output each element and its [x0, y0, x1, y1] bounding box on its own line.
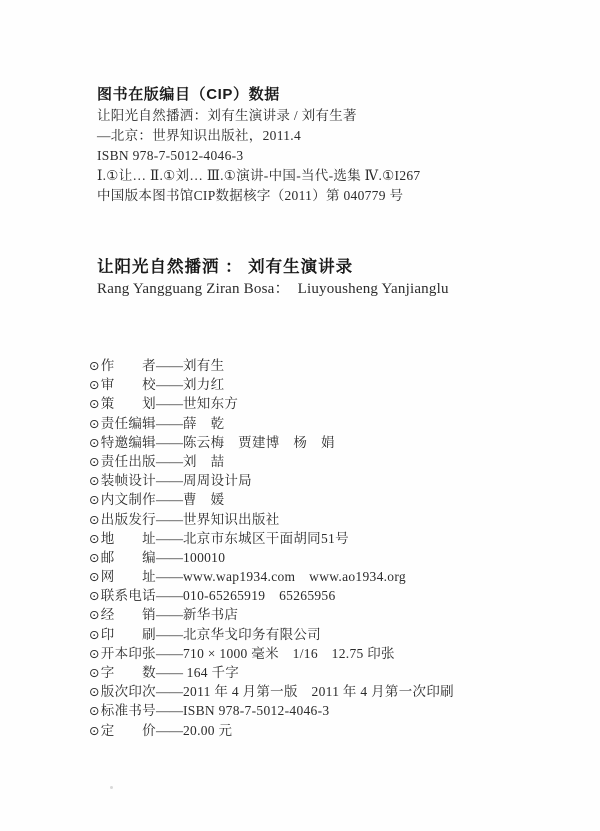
- book-title: 让阳光自然播洒 ： 刘有生演讲录: [97, 256, 557, 279]
- colophon-label: 作 者: [101, 358, 156, 373]
- colophon-row: ⊙字 数—— 164 千字: [89, 663, 569, 682]
- circled-dot-icon: ⊙: [89, 358, 100, 373]
- colophon-separator: ——: [156, 723, 183, 738]
- colophon-value: ISBN 978-7-5012-4046-3: [183, 703, 329, 718]
- cip-line: 中国版本图书馆CIP数据核字（2011）第 040779 号: [97, 186, 537, 206]
- colophon-separator: ——: [156, 569, 183, 584]
- colophon-value: 北京市东城区干面胡同51号: [183, 531, 349, 546]
- colophon-label: 审 校: [101, 377, 156, 392]
- colophon-value: www.wap1934.com www.ao1934.org: [183, 569, 406, 584]
- cip-line: 让阳光自然播洒：刘有生演讲录 / 刘有生著: [97, 106, 537, 126]
- colophon-value: 北京华戈印务有限公司: [183, 627, 321, 642]
- colophon-row: ⊙装帧设计——周周设计局: [89, 471, 569, 490]
- colophon-value: 2011 年 4 月第一版 2011 年 4 月第一次印刷: [183, 684, 454, 699]
- circled-dot-icon: ⊙: [89, 531, 100, 546]
- colophon-value: 100010: [183, 550, 225, 565]
- colophon-separator: ——: [156, 646, 183, 661]
- circled-dot-icon: ⊙: [89, 588, 100, 603]
- colophon-separator: ——: [156, 607, 183, 622]
- colophon-value: 010-65265919 65265956: [183, 588, 336, 603]
- colophon-value: 164 千字: [183, 665, 239, 680]
- colophon-separator: ——: [156, 588, 183, 603]
- colophon-separator: ——: [156, 454, 183, 469]
- colophon-label: 标准书号: [101, 703, 156, 718]
- copyright-page: 图书在版编目（CIP）数据 让阳光自然播洒：刘有生演讲录 / 刘有生著—北京：世…: [0, 0, 600, 831]
- colophon-separator: ——: [156, 512, 183, 527]
- colophon-row: ⊙责任出版——刘 喆: [89, 452, 569, 471]
- colophon-row: ⊙开本印张——710 × 1000 毫米 1/16 12.75 印张: [89, 644, 569, 663]
- circled-dot-icon: ⊙: [89, 607, 100, 622]
- circled-dot-icon: ⊙: [89, 512, 100, 527]
- colophon-row: ⊙作 者——刘有生: [89, 356, 569, 375]
- colophon-label: 责任编辑: [101, 416, 156, 431]
- circled-dot-icon: ⊙: [89, 473, 100, 488]
- circled-dot-icon: ⊙: [89, 665, 100, 680]
- circled-dot-icon: ⊙: [89, 377, 100, 392]
- colophon-row: ⊙审 校——刘力红: [89, 375, 569, 394]
- colophon-label: 出版发行: [101, 512, 156, 527]
- cip-heading: 图书在版编目（CIP）数据: [97, 84, 537, 106]
- colophon-separator: ——: [156, 396, 183, 411]
- colophon-separator: ——: [156, 473, 183, 488]
- colophon-separator: ——: [156, 627, 183, 642]
- colophon-row: ⊙联系电话——010-65265919 65265956: [89, 586, 569, 605]
- colophon-label: 装帧设计: [101, 473, 156, 488]
- colophon-label: 开本印张: [101, 646, 156, 661]
- circled-dot-icon: ⊙: [89, 627, 100, 642]
- colophon-row: ⊙责任编辑——薛 乾: [89, 414, 569, 433]
- colophon-row: ⊙内文制作——曹 媛: [89, 490, 569, 509]
- colophon-separator: ——: [156, 358, 183, 373]
- colophon-separator: ——: [156, 703, 183, 718]
- colophon-row: ⊙策 划——世知东方: [89, 394, 569, 413]
- colophon-label: 网 址: [101, 569, 156, 584]
- colophon-separator: ——: [156, 377, 183, 392]
- colophon-separator: ——: [156, 550, 183, 565]
- book-title-pinyin: Rang Yangguang Ziran Bosa： Liuyousheng Y…: [97, 279, 557, 300]
- colophon-row: ⊙网 址——www.wap1934.com www.ao1934.org: [89, 567, 569, 586]
- circled-dot-icon: ⊙: [89, 703, 100, 718]
- circled-dot-icon: ⊙: [89, 454, 100, 469]
- colophon-separator: ——: [156, 492, 183, 507]
- colophon-value: 新华书店: [183, 607, 238, 622]
- circled-dot-icon: ⊙: [89, 396, 100, 411]
- colophon-value: 世界知识出版社: [183, 512, 280, 527]
- colophon-label: 邮 编: [101, 550, 156, 565]
- colophon-label: 经 销: [101, 607, 156, 622]
- colophon-value: 世知东方: [183, 396, 238, 411]
- cip-line: ISBN 978-7-5012-4046-3: [97, 146, 537, 166]
- colophon-value: 刘有生: [183, 358, 224, 373]
- colophon-row: ⊙特邀编辑——陈云梅 贾建博 杨 娟: [89, 433, 569, 452]
- colophon-separator: ——: [156, 416, 183, 431]
- colophon-separator: ——: [156, 435, 183, 450]
- colophon-label: 责任出版: [101, 454, 156, 469]
- cip-line: Ⅰ.①让… Ⅱ.①刘… Ⅲ.①演讲-中国-当代-选集 Ⅳ.①I267: [97, 166, 537, 186]
- colophon-label: 字 数: [101, 665, 156, 680]
- colophon-row: ⊙邮 编——100010: [89, 548, 569, 567]
- circled-dot-icon: ⊙: [89, 435, 100, 450]
- colophon-value: 陈云梅 贾建博 杨 娟: [183, 435, 335, 450]
- colophon-label: 联系电话: [101, 588, 156, 603]
- colophon-value: 曹 媛: [183, 492, 224, 507]
- colophon-row: ⊙版次印次——2011 年 4 月第一版 2011 年 4 月第一次印刷: [89, 682, 569, 701]
- colophon-label: 定 价: [101, 723, 156, 738]
- colophon-value: 周周设计局: [183, 473, 252, 488]
- cip-line: —北京：世界知识出版社，2011.4: [97, 126, 537, 146]
- scan-artifact: [110, 786, 113, 789]
- colophon-list: ⊙作 者——刘有生⊙审 校——刘力红⊙策 划——世知东方⊙责任编辑——薛 乾⊙特…: [89, 356, 569, 740]
- colophon-label: 策 划: [101, 396, 156, 411]
- colophon-label: 特邀编辑: [101, 435, 156, 450]
- circled-dot-icon: ⊙: [89, 492, 100, 507]
- colophon-label: 地 址: [101, 531, 156, 546]
- colophon-row: ⊙经 销——新华书店: [89, 605, 569, 624]
- circled-dot-icon: ⊙: [89, 416, 100, 431]
- circled-dot-icon: ⊙: [89, 723, 100, 738]
- colophon-row: ⊙出版发行——世界知识出版社: [89, 510, 569, 529]
- circled-dot-icon: ⊙: [89, 569, 100, 584]
- colophon-row: ⊙标准书号——ISBN 978-7-5012-4046-3: [89, 701, 569, 720]
- colophon-separator: ——: [156, 665, 183, 680]
- colophon-value: 20.00 元: [183, 723, 232, 738]
- colophon-label: 版次印次: [101, 684, 156, 699]
- cip-block: 图书在版编目（CIP）数据 让阳光自然播洒：刘有生演讲录 / 刘有生著—北京：世…: [97, 84, 537, 206]
- colophon-separator: ——: [156, 531, 183, 546]
- colophon-value: 710 × 1000 毫米 1/16 12.75 印张: [183, 646, 395, 661]
- circled-dot-icon: ⊙: [89, 646, 100, 661]
- colophon-label: 印 刷: [101, 627, 156, 642]
- colophon-row: ⊙地 址——北京市东城区干面胡同51号: [89, 529, 569, 548]
- colophon-value: 刘力红: [183, 377, 224, 392]
- colophon-value: 薛 乾: [183, 416, 224, 431]
- circled-dot-icon: ⊙: [89, 550, 100, 565]
- cip-lines: 让阳光自然播洒：刘有生演讲录 / 刘有生著—北京：世界知识出版社，2011.4I…: [97, 106, 537, 206]
- colophon-label: 内文制作: [101, 492, 156, 507]
- colophon-value: 刘 喆: [183, 454, 224, 469]
- circled-dot-icon: ⊙: [89, 684, 100, 699]
- title-block: 让阳光自然播洒 ： 刘有生演讲录 Rang Yangguang Ziran Bo…: [97, 256, 557, 300]
- colophon-row: ⊙定 价——20.00 元: [89, 721, 569, 740]
- colophon-separator: ——: [156, 684, 183, 699]
- colophon-row: ⊙印 刷——北京华戈印务有限公司: [89, 625, 569, 644]
